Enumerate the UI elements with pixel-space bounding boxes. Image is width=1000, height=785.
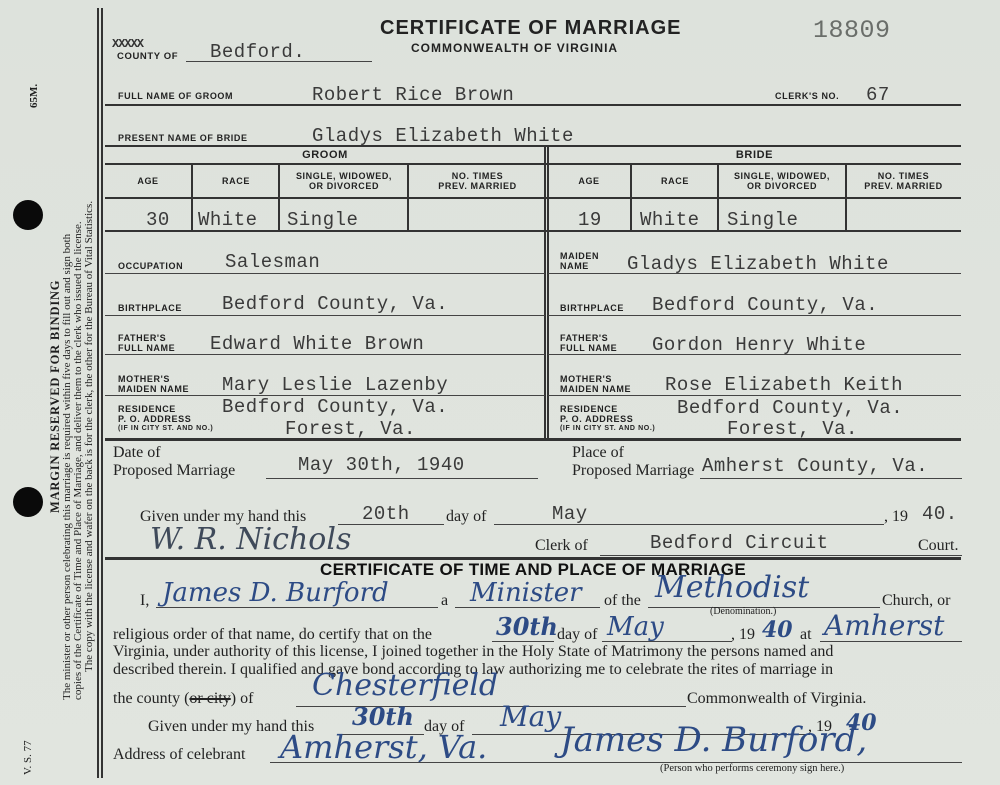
proposed-place-value: Amherst County, Va. bbox=[702, 455, 928, 477]
bride-col-age: Age bbox=[548, 176, 630, 186]
label-line: Full Name bbox=[118, 343, 175, 353]
label-line: Maiden Name bbox=[118, 384, 189, 394]
day-of-label: day of bbox=[446, 508, 486, 526]
bride-row-line bbox=[105, 145, 961, 147]
bride-race: White bbox=[640, 209, 700, 231]
bride-col-race: Race bbox=[632, 176, 718, 186]
given-year: 40. bbox=[922, 503, 958, 525]
groom-occupation: Salesman bbox=[225, 251, 320, 273]
clerk-signature: W. R. Nichols bbox=[150, 522, 351, 557]
bride-maiden: Gladys Elizabeth White bbox=[627, 253, 889, 275]
bride-father-label: Father's Full Name bbox=[560, 333, 617, 353]
certificate-subtitle: Commonwealth of Virginia bbox=[411, 41, 618, 55]
rule bbox=[548, 354, 961, 355]
clerks-no-value: 67 bbox=[866, 84, 890, 106]
rule bbox=[455, 607, 600, 608]
bride-col-times: No. Times Prev. Married bbox=[846, 171, 961, 191]
church-label: Church, or bbox=[882, 592, 950, 610]
label-line: Residence bbox=[118, 404, 213, 414]
groom-father: Edward White Brown bbox=[210, 333, 424, 355]
col-status-line2: or Divorced bbox=[280, 181, 408, 191]
proposed-date-value: May 30th, 1940 bbox=[298, 454, 465, 476]
rule bbox=[700, 478, 962, 479]
table-bottom-line bbox=[105, 230, 961, 232]
groom-birthplace-label: Birthplace bbox=[118, 303, 182, 313]
at-label: at bbox=[800, 626, 812, 644]
label-line: Name bbox=[560, 261, 599, 271]
ceremony-title: Certificate of Time and Place of Marriag… bbox=[105, 560, 961, 580]
rule bbox=[548, 315, 961, 316]
struck-label: XXXXX bbox=[112, 37, 143, 51]
border-left-inner bbox=[101, 8, 103, 778]
groom-occupation-label: Occupation bbox=[118, 261, 183, 271]
address-label: Address of celebrant bbox=[113, 746, 245, 764]
clerks-no-label: Clerk's No. bbox=[775, 91, 839, 101]
bride-age: 19 bbox=[578, 209, 602, 231]
denomination-hint: (Denomination.) bbox=[710, 606, 776, 617]
bride-status: Single bbox=[727, 209, 798, 231]
commonwealth-label: Commonwealth of Virginia. bbox=[687, 690, 866, 708]
bride-header: Bride bbox=[548, 149, 961, 161]
groom-residence-2: Forest, Va. bbox=[285, 418, 416, 440]
groom-age: 30 bbox=[146, 209, 170, 231]
rule bbox=[548, 395, 961, 396]
groom-header: Groom bbox=[105, 149, 545, 161]
groom-status: Single bbox=[287, 209, 358, 231]
details-bottom-line bbox=[105, 438, 961, 441]
col-times-line1: No. Times bbox=[846, 171, 961, 181]
col-divider bbox=[278, 165, 280, 230]
certificate-title: Certificate of Marriage bbox=[380, 17, 682, 40]
rule bbox=[494, 524, 884, 525]
label-line: Mother's bbox=[560, 374, 631, 384]
rule bbox=[270, 762, 962, 763]
col-divider bbox=[630, 165, 632, 230]
groom-birthplace: Bedford County, Va. bbox=[222, 293, 448, 315]
label-line: Maiden Name bbox=[560, 384, 631, 394]
label-line: Mother's bbox=[118, 374, 189, 384]
bride-mother-label: Mother's Maiden Name bbox=[560, 374, 631, 394]
col-status-line1: Single, Widowed, bbox=[718, 171, 846, 181]
groom-father-label: Father's Full Name bbox=[118, 333, 175, 353]
clerk-of-value: Bedford Circuit bbox=[650, 532, 829, 554]
rule bbox=[492, 641, 554, 642]
col-times-line2: Prev. Married bbox=[410, 181, 545, 191]
county-label: the county ( bbox=[113, 690, 189, 707]
rule bbox=[338, 524, 444, 525]
instruction-line: The copy with the license and wafer on t… bbox=[84, 201, 95, 700]
given-month: May bbox=[552, 503, 588, 525]
groom-residence-label: Residence P. O. Address (If in city st. … bbox=[118, 404, 213, 434]
label-line: Proposed Marriage bbox=[113, 462, 235, 480]
of-the-label: of the bbox=[604, 592, 641, 610]
bride-birthplace-label: Birthplace bbox=[560, 303, 624, 313]
rule bbox=[156, 607, 438, 608]
groom-col-race: Race bbox=[193, 176, 279, 186]
col-status-line1: Single, Widowed, bbox=[280, 171, 408, 181]
marriage-certificate: 65M. V. S. 77 MARGIN RESERVED FOR BINDIN… bbox=[0, 0, 1000, 785]
table-subheader-line bbox=[105, 197, 961, 199]
bride-residence-label: Residence P. O. Address (If in city st. … bbox=[560, 404, 655, 434]
col-divider bbox=[845, 165, 847, 230]
table-header-line bbox=[105, 163, 961, 165]
a-label: a bbox=[441, 592, 448, 610]
address-value: Amherst, Va. bbox=[280, 728, 487, 766]
denomination-value: Methodist bbox=[655, 570, 809, 605]
form-code: 65M. bbox=[28, 84, 40, 108]
groom-mother-label: Mother's Maiden Name bbox=[118, 374, 189, 394]
i-label: I, bbox=[140, 592, 149, 610]
rule bbox=[548, 273, 961, 274]
county-label-end: ) of bbox=[231, 690, 254, 707]
col-times-line2: Prev. Married bbox=[846, 181, 961, 191]
bride-residence-2: Forest, Va. bbox=[727, 418, 858, 440]
bride-col-status: Single, Widowed, or Divorced bbox=[718, 171, 846, 191]
bride-mother: Rose Elizabeth Keith bbox=[665, 374, 903, 396]
rule bbox=[820, 641, 962, 642]
ceremony-given-day: 30th bbox=[352, 702, 414, 731]
ceremony-year: 40 bbox=[762, 617, 793, 643]
binding-hole-bottom bbox=[13, 487, 43, 517]
groom-mother: Mary Leslie Lazenby bbox=[222, 374, 448, 396]
groom-col-status: Single, Widowed, or Divorced bbox=[280, 171, 408, 191]
rule bbox=[105, 273, 545, 274]
col-divider bbox=[191, 165, 193, 230]
bride-name-label: Present Name of Bride bbox=[118, 133, 248, 143]
year-prefix: , 19 bbox=[884, 508, 908, 526]
binding-hole-top bbox=[13, 200, 43, 230]
label-line: Proposed Marriage bbox=[572, 462, 694, 480]
rule bbox=[266, 478, 538, 479]
col-status-line2: or Divorced bbox=[718, 181, 846, 191]
county-value: Bedford. bbox=[210, 41, 305, 63]
signature-hint: (Person who performs ceremony sign here.… bbox=[660, 763, 844, 774]
bride-residence-1: Bedford County, Va. bbox=[677, 397, 903, 419]
bride-birthplace: Bedford County, Va. bbox=[652, 294, 878, 316]
ceremony-month: May bbox=[607, 612, 664, 642]
proposed-place-label: Place of Proposed Marriage bbox=[572, 444, 694, 480]
court-label: Court. bbox=[918, 537, 958, 555]
groom-name-label: Full Name of Groom bbox=[118, 91, 233, 101]
ceremony-day-of-label: day of bbox=[557, 626, 597, 644]
rule bbox=[105, 315, 545, 316]
celebrant-signature: James D. Burford, bbox=[560, 720, 867, 760]
groom-col-times: No. Times Prev. Married bbox=[410, 171, 545, 191]
form-id: V. S. 77 bbox=[22, 740, 34, 775]
bride-name-value: Gladys Elizabeth White bbox=[312, 125, 574, 147]
label-line: Father's bbox=[118, 333, 175, 343]
groom-race: White bbox=[198, 209, 258, 231]
ceremony-county: Chesterfield bbox=[312, 668, 498, 703]
label-line: Place of bbox=[572, 444, 694, 462]
ceremony-given-month: May bbox=[500, 700, 561, 733]
border-left-outer bbox=[97, 8, 99, 778]
label-line: Date of bbox=[113, 444, 235, 462]
ceremony-place: Amherst bbox=[824, 609, 944, 642]
proposed-date-label: Date of Proposed Marriage bbox=[113, 444, 235, 480]
groom-col-age: Age bbox=[105, 176, 191, 186]
celebrant-title: Minister bbox=[470, 578, 582, 608]
bride-father: Gordon Henry White bbox=[652, 334, 866, 356]
label-line: (If in city st. and no.) bbox=[560, 424, 655, 434]
label-line: Full Name bbox=[560, 343, 617, 353]
certificate-number: 18809 bbox=[813, 16, 891, 45]
groom-name-value: Robert Rice Brown bbox=[312, 84, 514, 106]
groom-row-line bbox=[105, 104, 961, 106]
rule bbox=[602, 641, 732, 642]
label-line: P. O. Address bbox=[118, 414, 213, 424]
label-line: P. O. Address bbox=[560, 414, 655, 424]
rule bbox=[105, 354, 545, 355]
col-divider bbox=[717, 165, 719, 230]
label-line: (If in city st. and no.) bbox=[118, 424, 213, 434]
ceremony-day: 30th bbox=[496, 612, 558, 641]
label-line: Maiden bbox=[560, 251, 599, 261]
bride-maiden-label: Maiden Name bbox=[560, 251, 599, 271]
religious-text: religious order of that name, do certify… bbox=[113, 626, 432, 644]
groom-residence-1: Bedford County, Va. bbox=[222, 396, 448, 418]
clerk-of-label: Clerk of bbox=[535, 537, 588, 555]
given-day: 20th bbox=[362, 503, 410, 525]
label-line: Residence bbox=[560, 404, 655, 414]
col-times-line1: No. Times bbox=[410, 171, 545, 181]
rule bbox=[600, 555, 962, 556]
county-label: County of bbox=[117, 52, 178, 62]
or-city-struck: or city bbox=[189, 690, 230, 707]
celebrant-name: James D. Burford bbox=[162, 578, 389, 608]
ceremony-year-prefix: , 19 bbox=[731, 626, 755, 644]
margin-instructions: The minister or other person celebrating… bbox=[62, 201, 95, 700]
ceremony-line3: Virginia, under authority of this licens… bbox=[113, 643, 833, 661]
county-line: the county (or city) of bbox=[113, 690, 253, 708]
label-line: Father's bbox=[560, 333, 617, 343]
county-underline bbox=[186, 61, 372, 62]
col-divider bbox=[407, 165, 409, 230]
